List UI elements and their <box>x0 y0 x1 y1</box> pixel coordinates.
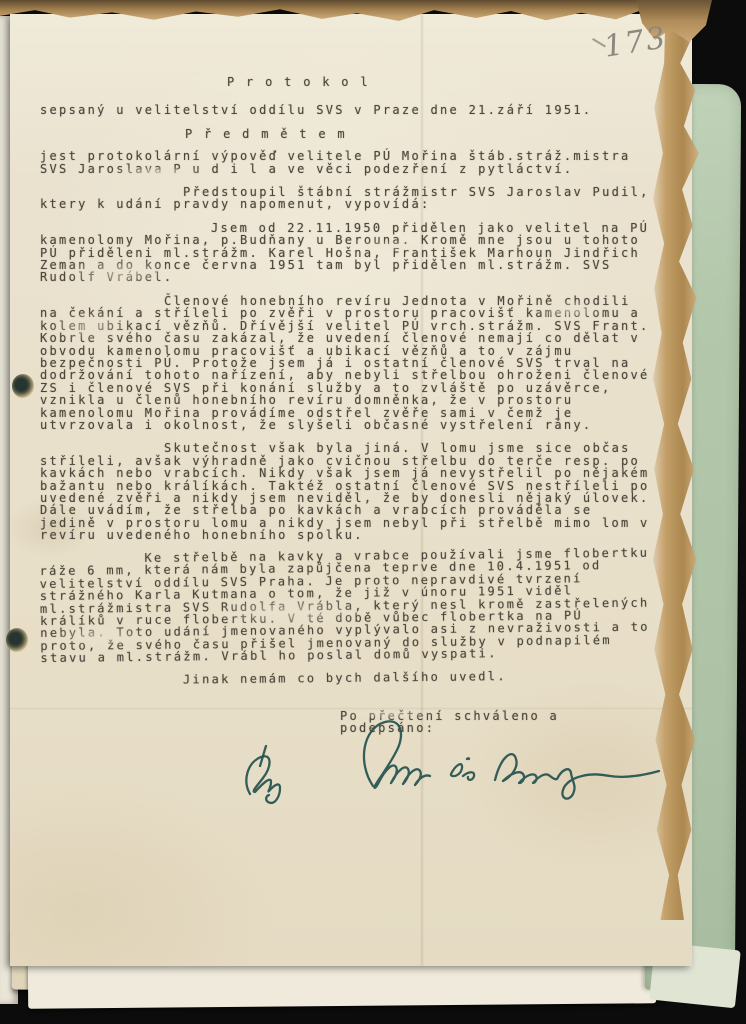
scan-stage: P r o t o k o l sepsaný u velitelství od… <box>0 0 746 1024</box>
document-paragraph: Skutečnost však byla jiná. V lomu jsme s… <box>40 442 658 541</box>
intro-line: sepsaný u velitelství oddílu SVS v Praze… <box>40 104 658 116</box>
signature-left <box>238 736 338 821</box>
signature-left-stroke <box>246 756 280 803</box>
document-paragraph: Jinak nemám co bych dalšího uvedl. <box>40 669 658 688</box>
document-paragraph: jest protokolární výpověď velitele PÚ Mo… <box>40 150 658 175</box>
signature-right <box>343 714 673 804</box>
document-paragraph: Ke střelbě na kavky a vrabce používali j… <box>39 546 658 664</box>
paragraph-list: jest protokolární výpověď velitele PÚ Mo… <box>40 150 658 687</box>
document-page: P r o t o k o l sepsaný u velitelství od… <box>10 14 692 966</box>
document-title: P r o t o k o l <box>227 76 658 88</box>
subject-heading: P ř e d m ě t e m <box>185 128 658 140</box>
document-paragraph: Jsem od 22.11.1950 přidělen jako velitel… <box>40 222 658 284</box>
signature-right-stroke <box>364 721 430 788</box>
document-content: P r o t o k o l sepsaný u velitelství od… <box>40 76 658 734</box>
signature-right-stroke <box>495 754 659 798</box>
document-paragraph: Členové honebního revíru Jednota v Mořin… <box>40 295 658 431</box>
document-paragraph: Předstoupil štábní strážmistr SVS Jarosl… <box>40 186 658 211</box>
punch-hole-top <box>12 374 34 398</box>
punch-hole-bottom <box>6 628 28 652</box>
signature-right-stroke <box>451 758 474 780</box>
